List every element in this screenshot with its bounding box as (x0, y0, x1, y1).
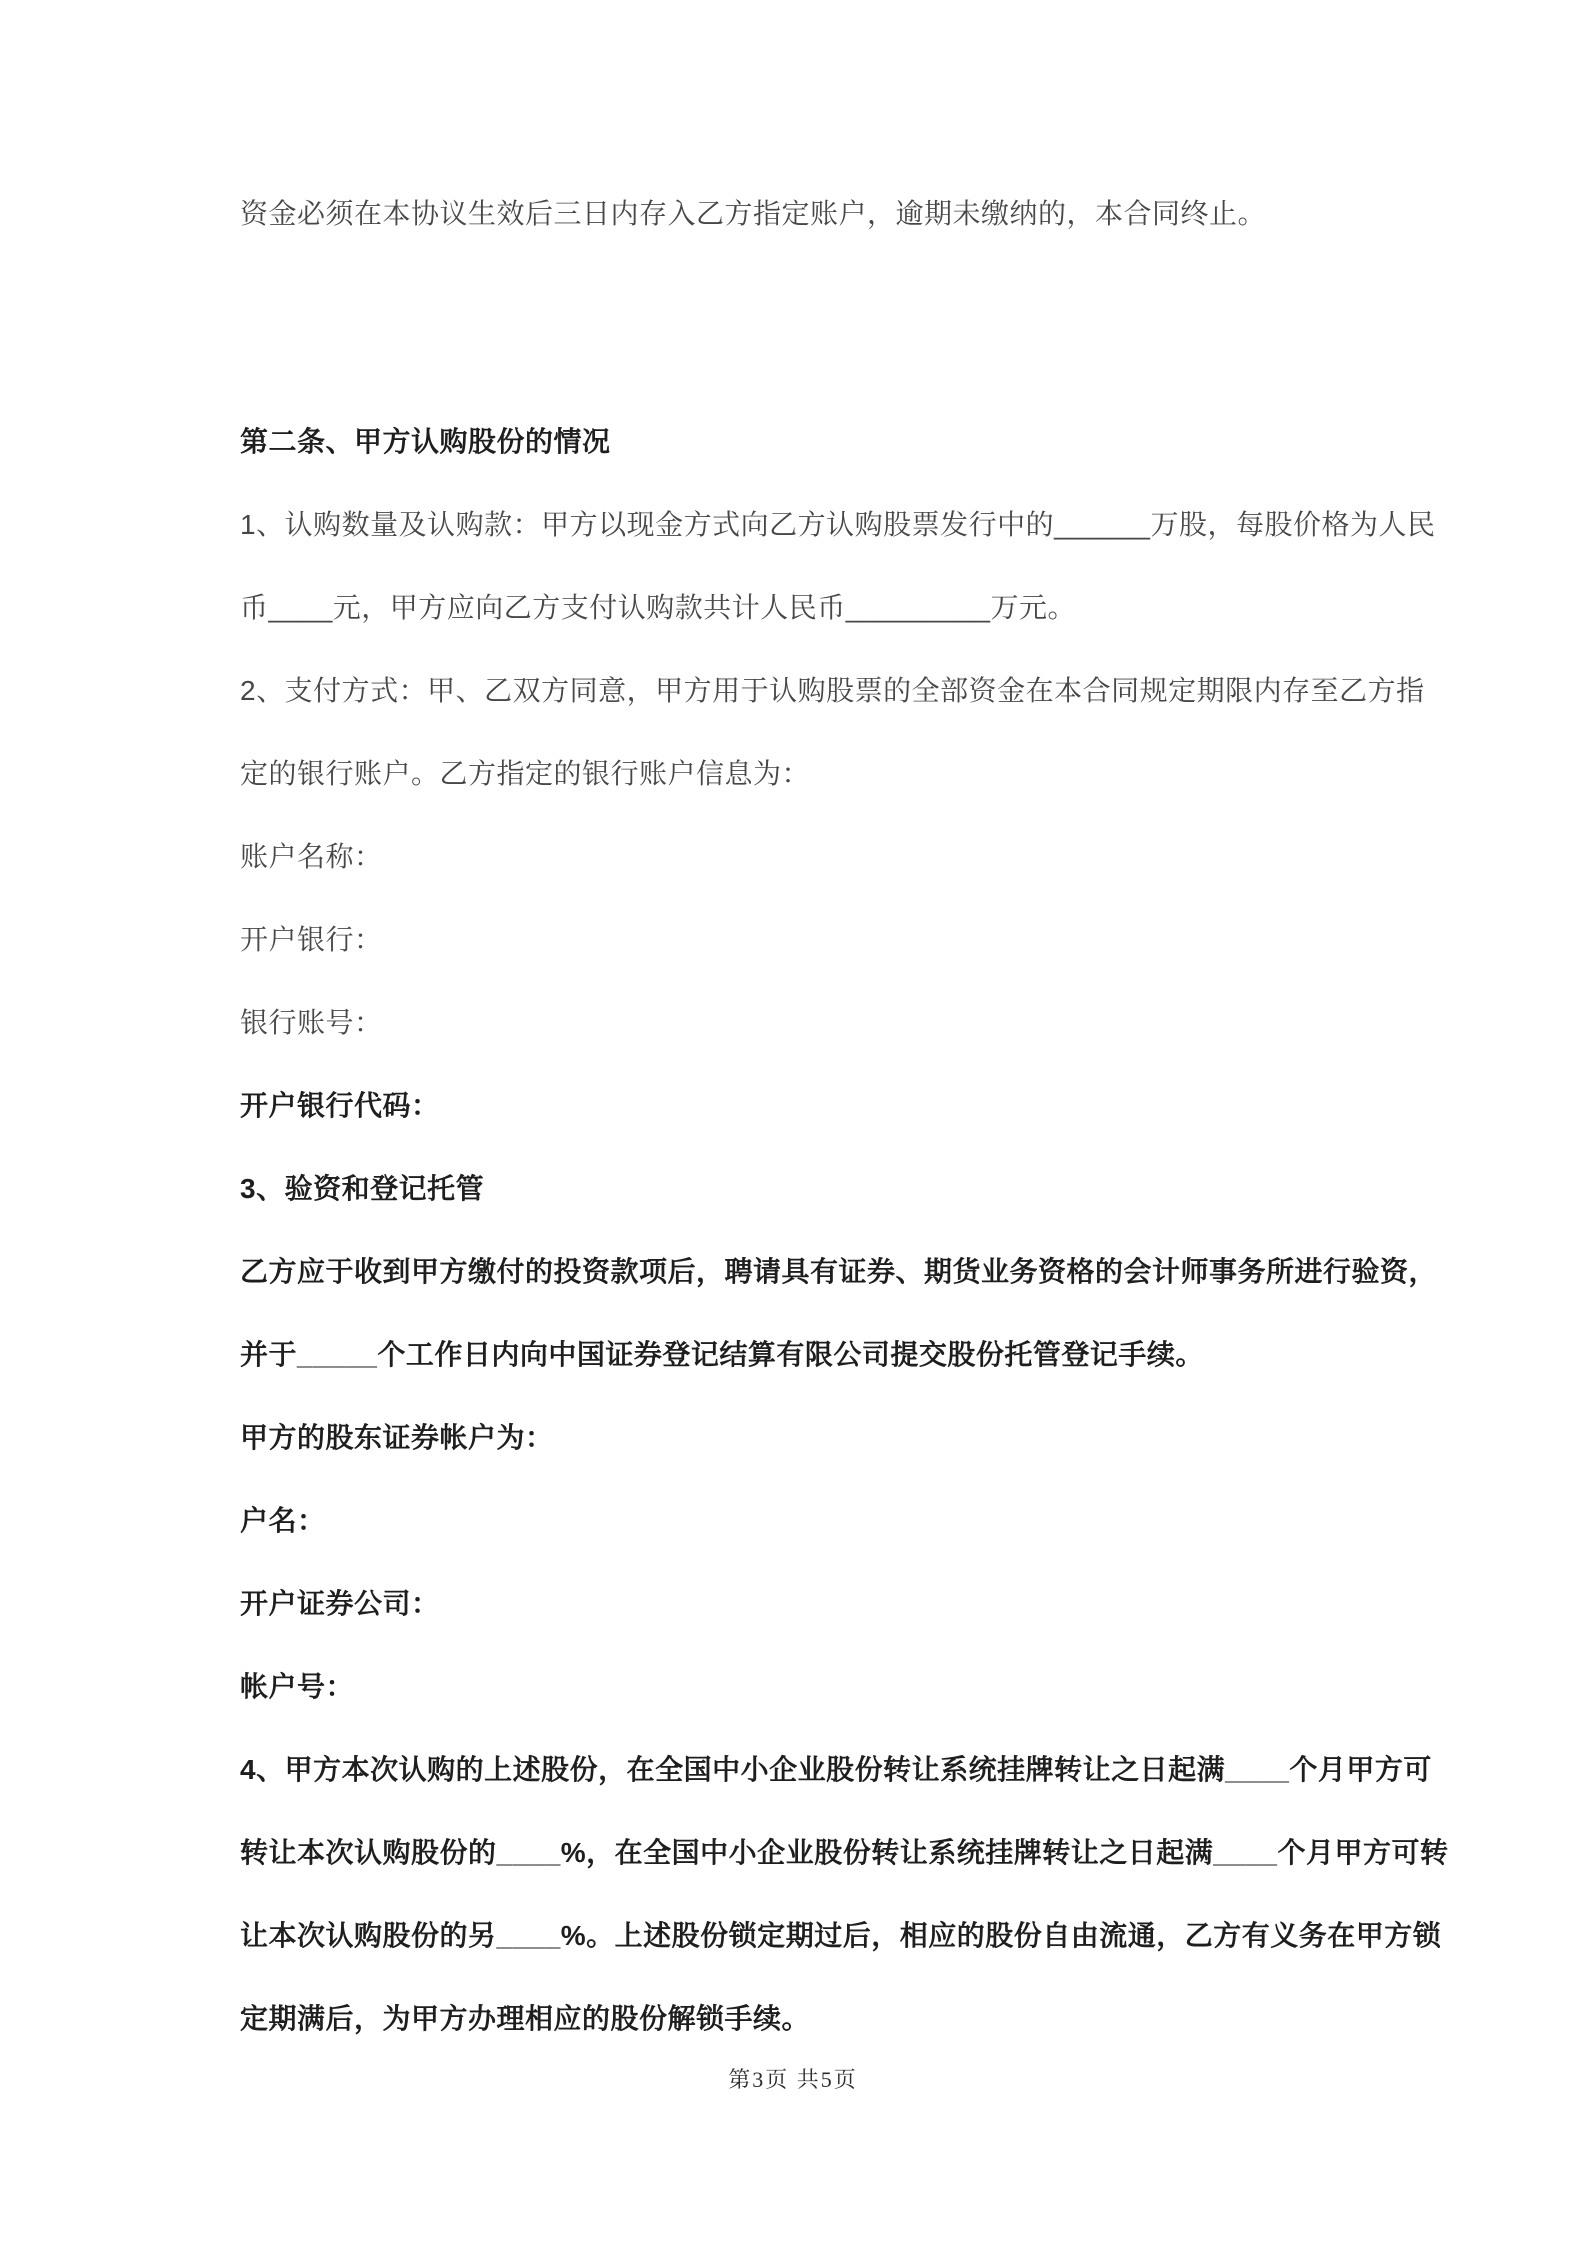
field-label-line: 户名： (240, 1479, 1396, 1562)
paragraph-line: 资金必须在本协议生效后三日内存入乙方指定账户，逾期未缴纳的，本合同终止。 (240, 172, 1396, 255)
paragraph-line: 并于_____个工作日内向中国证券登记结算有限公司提交股份托管登记手续。 (240, 1313, 1396, 1396)
document-body: 资金必须在本协议生效后三日内存入乙方指定账户，逾期未缴纳的，本合同终止。第二条、… (240, 172, 1396, 2060)
field-label-line: 帐户号： (240, 1645, 1396, 1728)
paragraph-line: 4、甲方本次认购的上述股份，在全国中小企业股份转让系统挂牌转让之日起满____个… (240, 1728, 1396, 1811)
field-label-line: 开户银行代码： (240, 1064, 1396, 1147)
field-label-line: 开户银行： (240, 898, 1396, 981)
subsection-heading: 3、验资和登记托管 (240, 1147, 1396, 1230)
field-label-line: 甲方的股东证券帐户为： (240, 1396, 1396, 1479)
field-label-line: 银行账号： (240, 981, 1396, 1064)
paragraph-line: 币____元，甲方应向乙方支付认购款共计人民币_________万元。 (240, 566, 1396, 649)
paragraph-line: 1、认购数量及认购款：甲方以现金方式向乙方认购股票发行中的______万股，每股… (240, 483, 1396, 566)
field-label-line: 账户名称： (240, 815, 1396, 898)
paragraph-line: 转让本次认购股份的____%，在全国中小企业股份转让系统挂牌转让之日起满____… (240, 1811, 1396, 1894)
field-label-line: 开户证券公司： (240, 1562, 1396, 1645)
paragraph-line: 定期满后，为甲方办理相应的股份解锁手续。 (240, 1977, 1396, 2060)
paragraph-line: 乙方应于收到甲方缴付的投资款项后，聘请具有证券、期货业务资格的会计师事务所进行验… (240, 1230, 1396, 1313)
section-heading: 第二条、甲方认购股份的情况 (240, 400, 1396, 483)
contract-page: 资金必须在本协议生效后三日内存入乙方指定账户，逾期未缴纳的，本合同终止。第二条、… (0, 0, 1586, 2244)
page-footer: 第3页 共5页 (0, 2062, 1586, 2098)
paragraph-line: 定的银行账户。乙方指定的银行账户信息为： (240, 732, 1396, 815)
paragraph-line: 2、支付方式：甲、乙双方同意，甲方用于认购股票的全部资金在本合同规定期限内存至乙… (240, 649, 1396, 732)
paragraph-line: 让本次认购股份的另____%。上述股份锁定期过后，相应的股份自由流通，乙方有义务… (240, 1894, 1396, 1977)
